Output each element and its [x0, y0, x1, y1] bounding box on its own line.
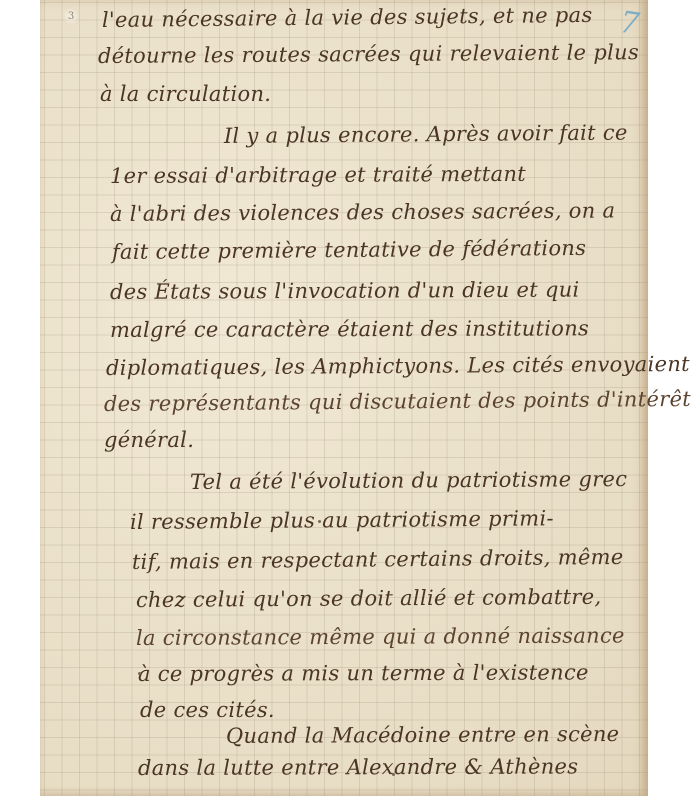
- text-line: à la circulation.: [100, 82, 271, 106]
- text-line: malgré ce caractère étaient des institut…: [110, 316, 589, 342]
- handwritten-text: l'eau nécessaire à la vie des sujets, et…: [40, 0, 648, 796]
- manuscript-page: 3 7 l'eau nécessaire à la vie des sujets…: [40, 0, 648, 796]
- text-line: à l'abri des violences des choses sacrée…: [110, 198, 616, 226]
- text-line: Il y a plus encore. Après avoir fait ce: [224, 120, 628, 148]
- text-line: des États sous l'invocation d'un dieu et…: [110, 278, 580, 304]
- text-line: diplomatiques, les Amphictyons. Les cité…: [106, 352, 690, 380]
- text-line: général.: [104, 428, 194, 452]
- ink-spot: [138, 672, 141, 675]
- text-line: tif, mais en respectant certains droits,…: [132, 545, 624, 574]
- text-line: chez celui qu'on se doit allié et combat…: [136, 585, 602, 612]
- text-line: fait cette première tentative de fédérat…: [112, 236, 587, 264]
- ink-spot: [392, 773, 395, 776]
- text-line: Quand la Macédoine entre en scène: [226, 722, 620, 748]
- text-line: détourne les routes sacrées qui relevaie…: [98, 40, 639, 68]
- text-line: de ces cités.: [140, 698, 275, 722]
- ink-spot: [318, 520, 321, 523]
- text-line: à ce progrès a mis un terme à l'existenc…: [138, 660, 589, 686]
- text-line: Tel a été l'évolution du patriotisme gre…: [190, 467, 628, 494]
- text-line: 1er essai d'arbitrage et traité mettant: [110, 162, 526, 188]
- text-line: il ressemble plus au patriotisme primi-: [130, 506, 554, 534]
- text-line: dans la lutte entre Alexandre & Athènes: [138, 754, 578, 780]
- text-line: l'eau nécessaire à la vie des sujets, et…: [102, 3, 593, 32]
- text-line: la circonstance même qui a donné naissan…: [136, 623, 625, 650]
- text-line: des représentants qui discutaient des po…: [104, 387, 691, 416]
